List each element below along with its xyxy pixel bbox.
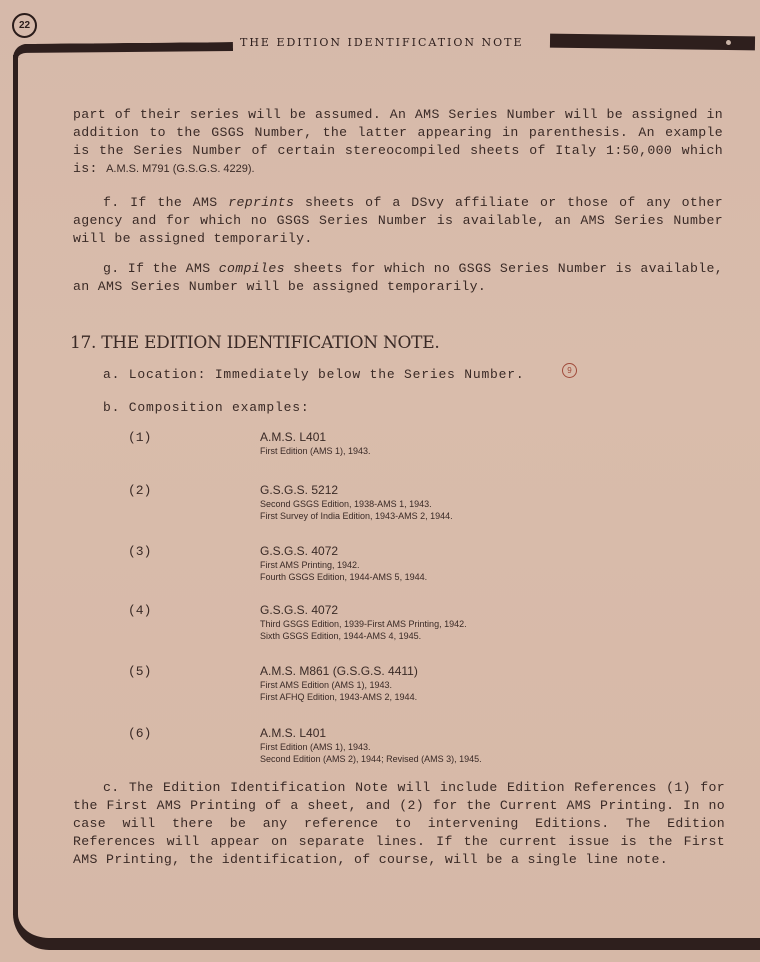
edition-reference-line: Second Edition (AMS 2), 1944; Revised (A… xyxy=(260,753,482,765)
example-number: (3) xyxy=(128,544,151,559)
para-g-prefix: g. If the AMS xyxy=(103,261,219,276)
example-series-number: G.S.G.S. 4072 xyxy=(260,603,467,618)
bullet-icon xyxy=(726,40,731,45)
example-series-number: G.S.G.S. 5212 xyxy=(260,483,453,498)
example-number: (1) xyxy=(128,430,151,445)
header-bar xyxy=(550,34,755,51)
example-content: G.S.G.S. 5212Second GSGS Edition, 1938-A… xyxy=(260,483,453,522)
frame-border-bottom xyxy=(13,880,760,950)
edition-reference-line: First AMS Printing, 1942. xyxy=(260,559,427,571)
example-content: A.M.S. M861 (G.S.G.S. 4411)First AMS Edi… xyxy=(260,664,418,703)
item-b-composition: b. Composition examples: xyxy=(103,400,309,415)
reference-marker: 9 xyxy=(562,363,577,378)
example-content: G.S.G.S. 4072First AMS Printing, 1942.Fo… xyxy=(260,544,427,583)
edition-reference-line: First AMS Edition (AMS 1), 1943. xyxy=(260,679,418,691)
item-a-location: a. Location: Immediately below the Serie… xyxy=(103,367,524,382)
example-series-number: A.M.S. L401 xyxy=(260,430,371,445)
example-series-number: A.M.S. L401 xyxy=(260,726,482,741)
inline-example: A.M.S. M791 (G.S.G.S. 4229). xyxy=(106,163,255,175)
edition-reference-line: First AFHQ Edition, 1943-AMS 2, 1944. xyxy=(260,691,418,703)
example-content: G.S.G.S. 4072Third GSGS Edition, 1939-Fi… xyxy=(260,603,467,642)
intro-paragraph: part of their series will be assumed. An… xyxy=(73,106,723,178)
example-number: (2) xyxy=(128,483,151,498)
edition-reference-line: First Edition (AMS 1), 1943. xyxy=(260,445,371,457)
example-number: (4) xyxy=(128,603,151,618)
section-title: 17. THE EDITION IDENTIFICATION NOTE. xyxy=(70,333,439,353)
para-f-prefix: f. If the AMS xyxy=(103,195,228,210)
example-content: A.M.S. L401First Edition (AMS 1), 1943. xyxy=(260,430,371,457)
running-header: THE EDITION IDENTIFICATION NOTE xyxy=(240,36,524,49)
para-f-emphasis: reprints xyxy=(228,195,294,210)
edition-reference-line: First Edition (AMS 1), 1943. xyxy=(260,741,482,753)
page-number: 22 xyxy=(12,13,37,38)
example-number: (5) xyxy=(128,664,151,679)
edition-reference-line: First Survey of India Edition, 1943-AMS … xyxy=(260,510,453,522)
item-c-paragraph: c. The Edition Identification Note will … xyxy=(73,779,725,869)
example-series-number: G.S.G.S. 4072 xyxy=(260,544,427,559)
frame-border-top-left xyxy=(13,42,233,58)
para-g-emphasis: compiles xyxy=(219,261,285,276)
example-series-number: A.M.S. M861 (G.S.G.S. 4411) xyxy=(260,664,418,679)
frame-border-left xyxy=(13,55,18,915)
edition-reference-line: Sixth GSGS Edition, 1944-AMS 4, 1945. xyxy=(260,630,467,642)
paragraph-f: f. If the AMS reprints sheets of a DSvy … xyxy=(73,194,723,248)
example-number: (6) xyxy=(128,726,151,741)
edition-reference-line: Second GSGS Edition, 1938-AMS 1, 1943. xyxy=(260,498,453,510)
edition-reference-line: Fourth GSGS Edition, 1944-AMS 5, 1944. xyxy=(260,571,427,583)
paragraph-g: g. If the AMS compiles sheets for which … xyxy=(73,260,723,296)
example-content: A.M.S. L401First Edition (AMS 1), 1943.S… xyxy=(260,726,482,765)
edition-reference-line: Third GSGS Edition, 1939-First AMS Print… xyxy=(260,618,467,630)
